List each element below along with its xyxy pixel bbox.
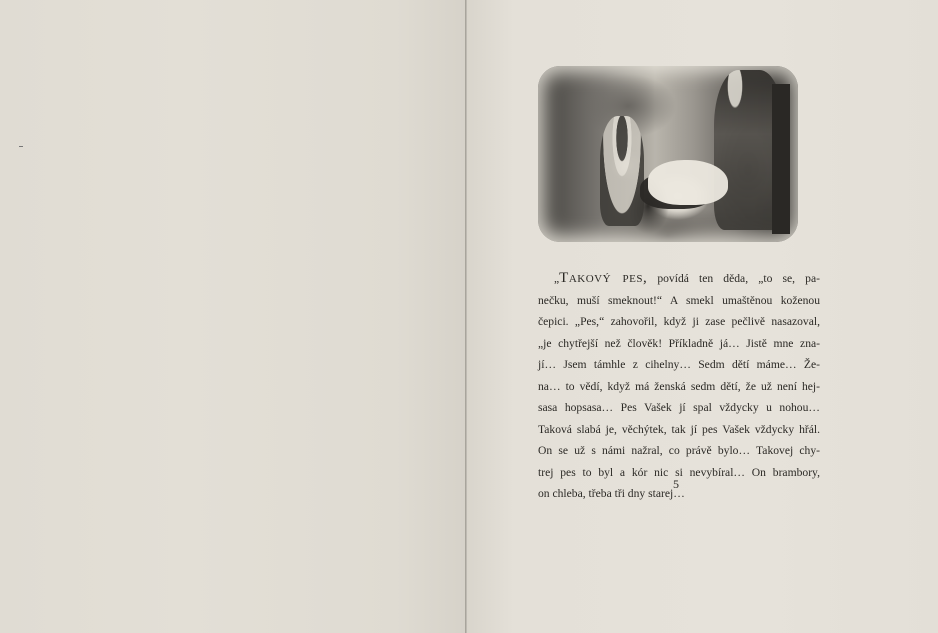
dog-figure — [648, 160, 728, 205]
stove-pipe — [772, 84, 790, 234]
text-line-4: „je chytřejší než člověk! Příkladně já… … — [538, 333, 820, 355]
text-line-1: „Takový pes, povídá ten děda, „to se, pa… — [538, 268, 820, 290]
text-line-8: Taková slabá je, věchýtek, tak jí pes Va… — [538, 419, 820, 441]
book-spread: Lithograph: a small child and a woman in… — [0, 0, 938, 633]
paper-speck — [19, 146, 23, 147]
text-line-7: sasa hopsasa… Pes Vašek jí spal vždycky … — [538, 397, 820, 419]
text-line-9: On se už s námi nažral, co právě bylo… T… — [538, 440, 820, 462]
text-line-11: on chleba, třeba tři dny starej… — [538, 483, 820, 505]
text-line-2: nečku, muší smeknout!“ A smekl umaštěnou… — [538, 290, 820, 312]
text-line-3: čepici. „Pes,“ zahovořil, když ji zase p… — [538, 311, 820, 333]
child-figure — [600, 116, 644, 226]
page-number: 5 — [673, 477, 679, 492]
text-line-6: na… to vědí, když má ženská sedm dětí, ž… — [538, 376, 820, 398]
left-page-blank — [0, 0, 466, 633]
first-line-rest: povídá ten děda, „to se, pa- — [647, 272, 820, 285]
lithograph-illustration: Lithograph: a small child and a woman in… — [538, 66, 798, 242]
text-line-10: trej pes to byl a kór nic si nevybíral… … — [538, 462, 820, 484]
text-line-5: jí… Jsem támhle z cihelny… Sedm dětí mám… — [538, 354, 820, 376]
story-paragraph: „Takový pes, povídá ten děda, „to se, pa… — [538, 268, 820, 505]
opening-small-caps: Takový pes, — [559, 270, 647, 286]
